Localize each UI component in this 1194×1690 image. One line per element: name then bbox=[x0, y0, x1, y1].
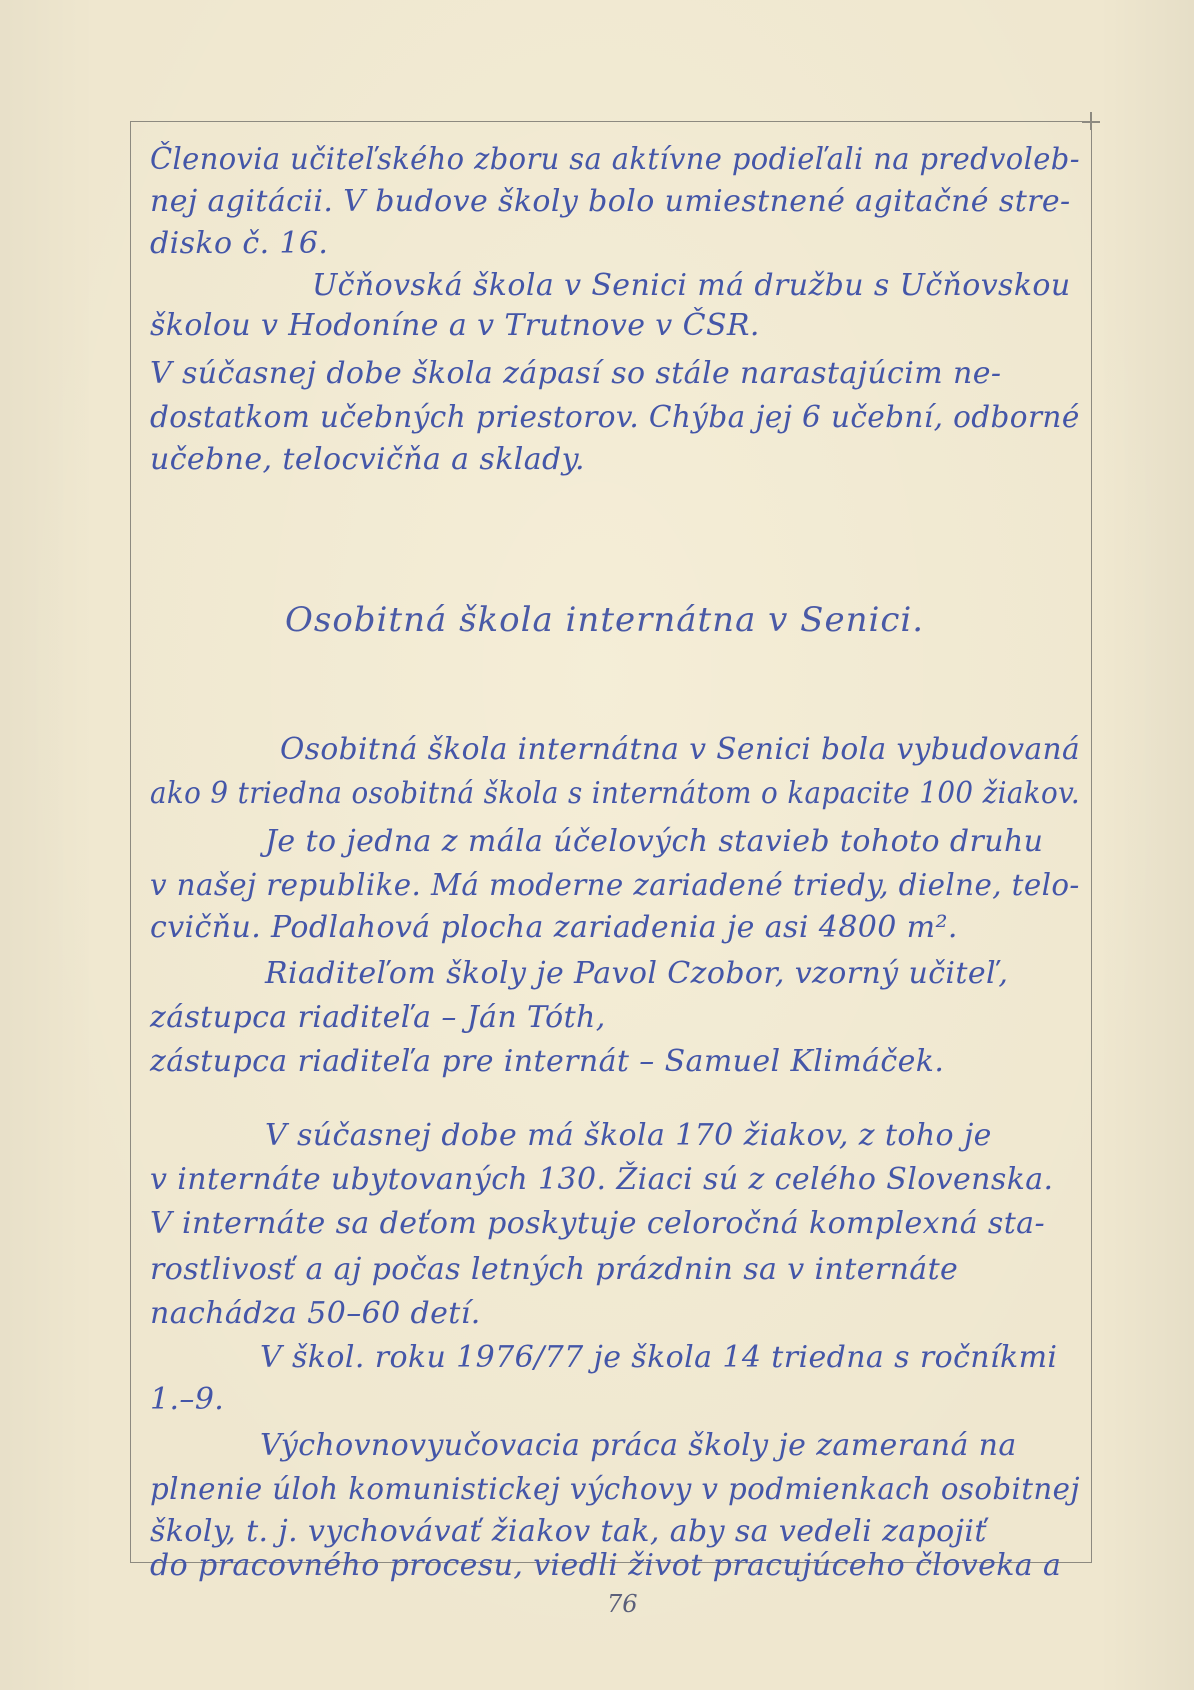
text-line: plnenie úloh komunistickej výchovy v pod… bbox=[150, 1470, 1080, 1510]
text-line: V súčasnej dobe má škola 170 žiakov, z t… bbox=[265, 1116, 992, 1156]
text-line: v našej republike. Má moderne zariadené … bbox=[150, 866, 1080, 906]
text-line: zástupca riaditeľa – Ján Tóth, bbox=[150, 998, 606, 1038]
text-line: disko č. 16. bbox=[150, 224, 328, 264]
page-number: 76 bbox=[607, 1590, 638, 1618]
text-line: cvičňu. Podlahová plocha zariadenia je a… bbox=[150, 908, 958, 948]
text-line: dostatkom učebných priestorov. Chýba jej… bbox=[150, 398, 1080, 438]
frame-corner-mark bbox=[1082, 121, 1100, 123]
text-line: zástupca riaditeľa pre internát – Samuel… bbox=[150, 1042, 944, 1082]
text-line: Je to jedna z mála účelových stavieb toh… bbox=[265, 822, 1043, 862]
text-line: V škol. roku 1976/77 je škola 14 triedna… bbox=[260, 1338, 1057, 1378]
text-line: V internáte sa deťom poskytuje celoročná… bbox=[150, 1204, 1045, 1244]
text-line: učebne, telocvičňa a sklady. bbox=[150, 440, 585, 480]
text-line: V súčasnej dobe škola zápasí so stále na… bbox=[150, 354, 1001, 394]
text-line: nachádza 50–60 detí. bbox=[150, 1294, 481, 1334]
section-heading: Osobitná škola internátna v Senici. bbox=[285, 600, 924, 640]
text-line: Učňovská škola v Senici má družbu s Učňo… bbox=[312, 266, 1071, 306]
text-line: rostlivosť a aj počas letných prázdnin s… bbox=[150, 1250, 958, 1290]
text-line: Riaditeľom školy je Pavol Czobor, vzorný… bbox=[265, 954, 1008, 994]
text-line: Výchovnovyučovacia práca školy je zamera… bbox=[260, 1426, 1017, 1466]
text-line: 1.–9. bbox=[150, 1380, 224, 1420]
text-line: ako 9 triedna osobitná škola s internáto… bbox=[150, 774, 1080, 814]
text-line: Členovia učiteľského zboru sa aktívne po… bbox=[150, 140, 1080, 180]
text-line: Osobitná škola internátna v Senici bola … bbox=[280, 730, 1080, 770]
text-line: v internáte ubytovaných 130. Žiaci sú z … bbox=[150, 1160, 1054, 1200]
text-line: nej agitácii. V budove školy bolo umiest… bbox=[150, 182, 1071, 222]
text-line: do pracovného procesu, viedli život prac… bbox=[150, 1546, 1061, 1586]
text-line: školou v Hodoníne a v Trutnove v ČSR. bbox=[150, 306, 760, 346]
